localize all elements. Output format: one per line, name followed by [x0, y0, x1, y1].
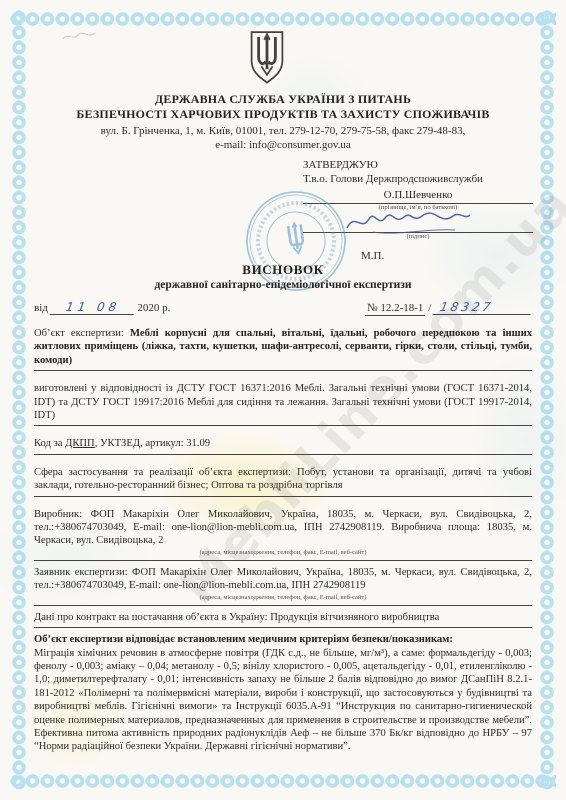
org-address-line2: e-mail: info@consumer.gov.ua [34, 138, 532, 152]
section-manufactured: виготовлені у відповідності із ДСТУ ГОСТ… [34, 382, 532, 426]
document-body: Об’єкт експертизи: Меблі корпусні для сп… [34, 327, 532, 757]
section-contract: Дані про контракт на постачання об’єкта … [34, 611, 532, 628]
tryzub-emblem-icon [244, 30, 290, 86]
object-label: Об’єкт експертизи: [34, 328, 124, 339]
applicant-caption: (адреса, місцезнаходження, телефон, факс… [34, 593, 532, 602]
handwritten-signature [343, 208, 473, 236]
org-name: ДЕРЖАВНА СЛУЖБА УКРАЇНИ З ПИТАНЬ БЕЗПЕЧН… [34, 92, 532, 122]
scope-label: Сфера застосування та реалізації об’єкта… [34, 467, 291, 478]
manufacturer-caption: (адреса, місцезнаходження, телефон, факс… [34, 548, 532, 557]
number-group: № 12.2-18-1 / 18327 [365, 300, 532, 315]
guilloche-border-bottom [10, 772, 556, 790]
approval-block: ЗАТВЕРДЖУЮ Т.в.о. Голови Держпродспоживс… [303, 158, 533, 263]
org-address: вул. Б. Грінченка, 1, м. Київ, 01001, те… [34, 124, 532, 152]
handwritten-date: 11 08 [49, 300, 136, 315]
conclusion-heading: Об’єкт експертизи відповідає встановлени… [34, 633, 532, 646]
manufacturer-label: Виробник: [34, 509, 82, 520]
section-scope: Сфера застосування та реалізації об’єкта… [34, 466, 532, 497]
applicant-label: Заявник експертизи: [34, 567, 128, 578]
document-title: ВИСНОВОК [34, 262, 532, 278]
pencil-mark [62, 30, 96, 44]
section-conclusion: Об’єкт експертизи відповідає встановлени… [34, 633, 532, 757]
conclusion-body: Міграція хімічних речовин в атмосферне п… [34, 647, 532, 754]
org-address-line1: вул. Б. Грінченка, 1, м. Київ, 01001, те… [34, 124, 532, 138]
code-dkpp: ДКПП [65, 438, 95, 449]
number-slash: / [428, 302, 431, 314]
org-name-line2: БЕЗПЕЧНОСТІ ХАРЧОВИХ ПРОДУКТІВ ТА ЗАХИСТ… [34, 107, 532, 122]
section-code: Код за ДКПП, УКТЗЕД, артикул: 31.09 [34, 437, 532, 454]
approver-name: О.П.Шевченко [303, 188, 533, 204]
manufactured-text: виготовлені у відповідності із ДСТУ ГОСТ… [34, 383, 532, 421]
section-manufacturer: Виробник: ФОП Макаріхін Олег Миколайович… [34, 508, 532, 561]
section-object: Об’єкт експертизи: Меблі корпусні для сп… [34, 327, 532, 371]
code-rest: , УКТЗЕД, артикул: 31.09 [95, 438, 210, 449]
document-subtitle: державної санітарно-епідеміологічної екс… [34, 279, 532, 291]
guilloche-border-top [10, 10, 556, 28]
manufacturer-value: ФОП Макаріхін Олег Миколайович, Україна,… [34, 509, 532, 547]
document-page: MebliLine.com.ua ДЕРЖАВНА СЛУЖБА УКРАЇНИ… [0, 0, 566, 800]
guilloche-border-left [10, 10, 28, 790]
date-suffix: 2020 р. [137, 302, 170, 314]
approver-title: Т.в.о. Голови Держпродспоживслужби [303, 172, 533, 186]
code-prefix: Код за [34, 438, 65, 449]
date-group: від 11 08 2020 р. [34, 300, 170, 315]
signature-line [303, 212, 533, 233]
date-prefix: від [34, 302, 48, 314]
contract-value: Продукція вітчизняного виробництва [270, 612, 439, 623]
approve-label: ЗАТВЕРДЖУЮ [303, 158, 533, 172]
contract-label: Дані про контракт на постачання об’єкта … [34, 612, 268, 623]
document-number: № 12.2-18-1 [365, 302, 425, 316]
handwritten-number: 18327 [432, 300, 533, 315]
section-applicant: Заявник експертизи: ФОП Макаріхін Олег М… [34, 566, 532, 606]
org-name-line1: ДЕРЖАВНА СЛУЖБА УКРАЇНИ З ПИТАНЬ [34, 92, 532, 107]
seal-place-label: М.П. [303, 249, 533, 263]
guilloche-border-right [538, 10, 556, 790]
